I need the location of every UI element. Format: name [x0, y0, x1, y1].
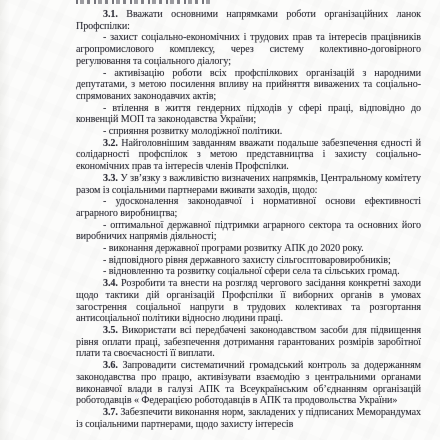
clause-number: 3.3.: [103, 173, 118, 184]
list-item-paragraph: - втілення в життя гендерних підходів у …: [76, 103, 421, 126]
clause-paragraph: 3.1. Вважати основними напрямками роботи…: [76, 9, 421, 32]
list-item-paragraph: - активізацію роботи всіх профспілкових …: [76, 68, 421, 103]
clause-number: 3.4.: [103, 278, 118, 289]
clause-number: 3.5.: [103, 325, 118, 336]
scan-edge-shadow: [0, 0, 9, 440]
list-item-paragraph: - виконання державної програми розвитку …: [76, 243, 421, 255]
list-item-paragraph: - оптимальної державної підтримки аграрн…: [76, 220, 421, 243]
clause-number: 3.6.: [103, 360, 118, 371]
clause-paragraph: 3.3. У зв’язку з важливістю визначених н…: [76, 173, 421, 196]
document-text-column: 3.1. Вважати основними напрямками роботи…: [76, 9, 421, 430]
clause-paragraph: 3.5. Використати всі передбачені законод…: [76, 325, 421, 360]
clause-paragraph: 3.6. Запровадити систематичний громадськ…: [76, 360, 421, 407]
list-item-paragraph: - відновленню та розвитку соціальної сфе…: [76, 266, 421, 278]
clause-paragraph: 3.7. Забезпечити виконання норм, закладе…: [76, 407, 421, 430]
clause-number: 3.7.: [103, 407, 118, 418]
list-item-paragraph: - сприяння розвитку молодіжної політики.: [76, 126, 421, 138]
clause-paragraph: 3.2. Найголовнішим завданням вважати под…: [76, 138, 421, 173]
list-item-paragraph: - захист соціально-економічних і трудови…: [76, 32, 421, 67]
clause-paragraph: 3.4. Розробити та внести на розгляд черг…: [76, 278, 421, 325]
list-item-paragraph: - удосконалення законодавчої і нормативн…: [76, 196, 421, 219]
clause-number: 3.2.: [103, 138, 118, 149]
scanned-document-page: 3.1. Вважати основними напрямками роботи…: [0, 0, 440, 440]
clause-number: 3.1.: [103, 9, 118, 20]
cropped-text-fragment: [76, 0, 212, 4]
list-item-paragraph: - відповідного рівня державного захисту …: [76, 255, 421, 267]
